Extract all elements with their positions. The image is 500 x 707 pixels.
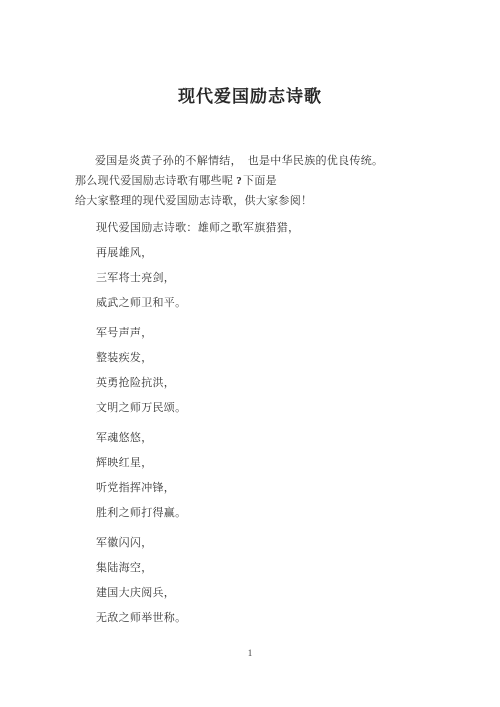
poem-line: 威武之师卫和平。 [75, 291, 425, 316]
poem-line: 军徽闪闪， [75, 531, 425, 556]
poem-line: 听党指挥冲锋， [75, 476, 425, 501]
poem-line: 三军将士亮剑， [75, 266, 425, 291]
poem-line: 建国大庆阅兵， [75, 581, 425, 606]
poem-stanza: 现代爱国励志诗歌：雄师之歌军旗猎猎，再展雄风，三军将士亮剑，威武之师卫和平。 [75, 216, 425, 316]
question-mark: ? [233, 175, 243, 187]
poem-line: 整装疾发， [75, 346, 425, 371]
intro-line-2: 那么现代爱国励志诗歌有哪些呢?下面是 [75, 171, 425, 191]
poem-stanza: 军号声声，整装疾发，英勇抢险抗洪，文明之师万民颂。 [75, 321, 425, 421]
poem-line: 集陆海空， [75, 556, 425, 581]
poem-line: 军魂悠悠， [75, 426, 425, 451]
poem-line: 再展雄风， [75, 241, 425, 266]
poem: 现代爱国励志诗歌：雄师之歌军旗猎猎，再展雄风，三军将士亮剑，威武之师卫和平。军号… [75, 216, 425, 631]
intro-line-1: 爱国是炎黄子孙的不解情结， 也是中华民族的优良传统。 [75, 151, 425, 171]
intro-line-2-tail: 下面是 [243, 175, 277, 187]
page-title: 现代爱国励志诗歌 [0, 11, 500, 107]
document-page: 现代爱国励志诗歌 爱国是炎黄子孙的不解情结， 也是中华民族的优良传统。 那么现代… [0, 0, 500, 707]
poem-line: 胜利之师打得赢。 [75, 501, 425, 526]
intro-line-3: 给大家整理的现代爱国励志诗歌，供大家参阅！ [75, 191, 425, 211]
poem-line: 现代爱国励志诗歌：雄师之歌军旗猎猎， [75, 216, 425, 241]
intro-line-2-text: 那么现代爱国励志诗歌有哪些呢 [75, 175, 233, 187]
poem-line: 辉映红星， [75, 451, 425, 476]
poem-stanza: 军徽闪闪，集陆海空，建国大庆阅兵，无敌之师举世称。 [75, 531, 425, 631]
poem-line: 文明之师万民颂。 [75, 396, 425, 421]
poem-line: 军号声声， [75, 321, 425, 346]
poem-stanza: 军魂悠悠，辉映红星，听党指挥冲锋，胜利之师打得赢。 [75, 426, 425, 526]
poem-line: 英勇抢险抗洪， [75, 371, 425, 396]
page-number: 1 [0, 647, 500, 659]
intro-paragraph: 爱国是炎黄子孙的不解情结， 也是中华民族的优良传统。 那么现代爱国励志诗歌有哪些… [75, 151, 425, 211]
poem-line: 无敌之师举世称。 [75, 606, 425, 631]
